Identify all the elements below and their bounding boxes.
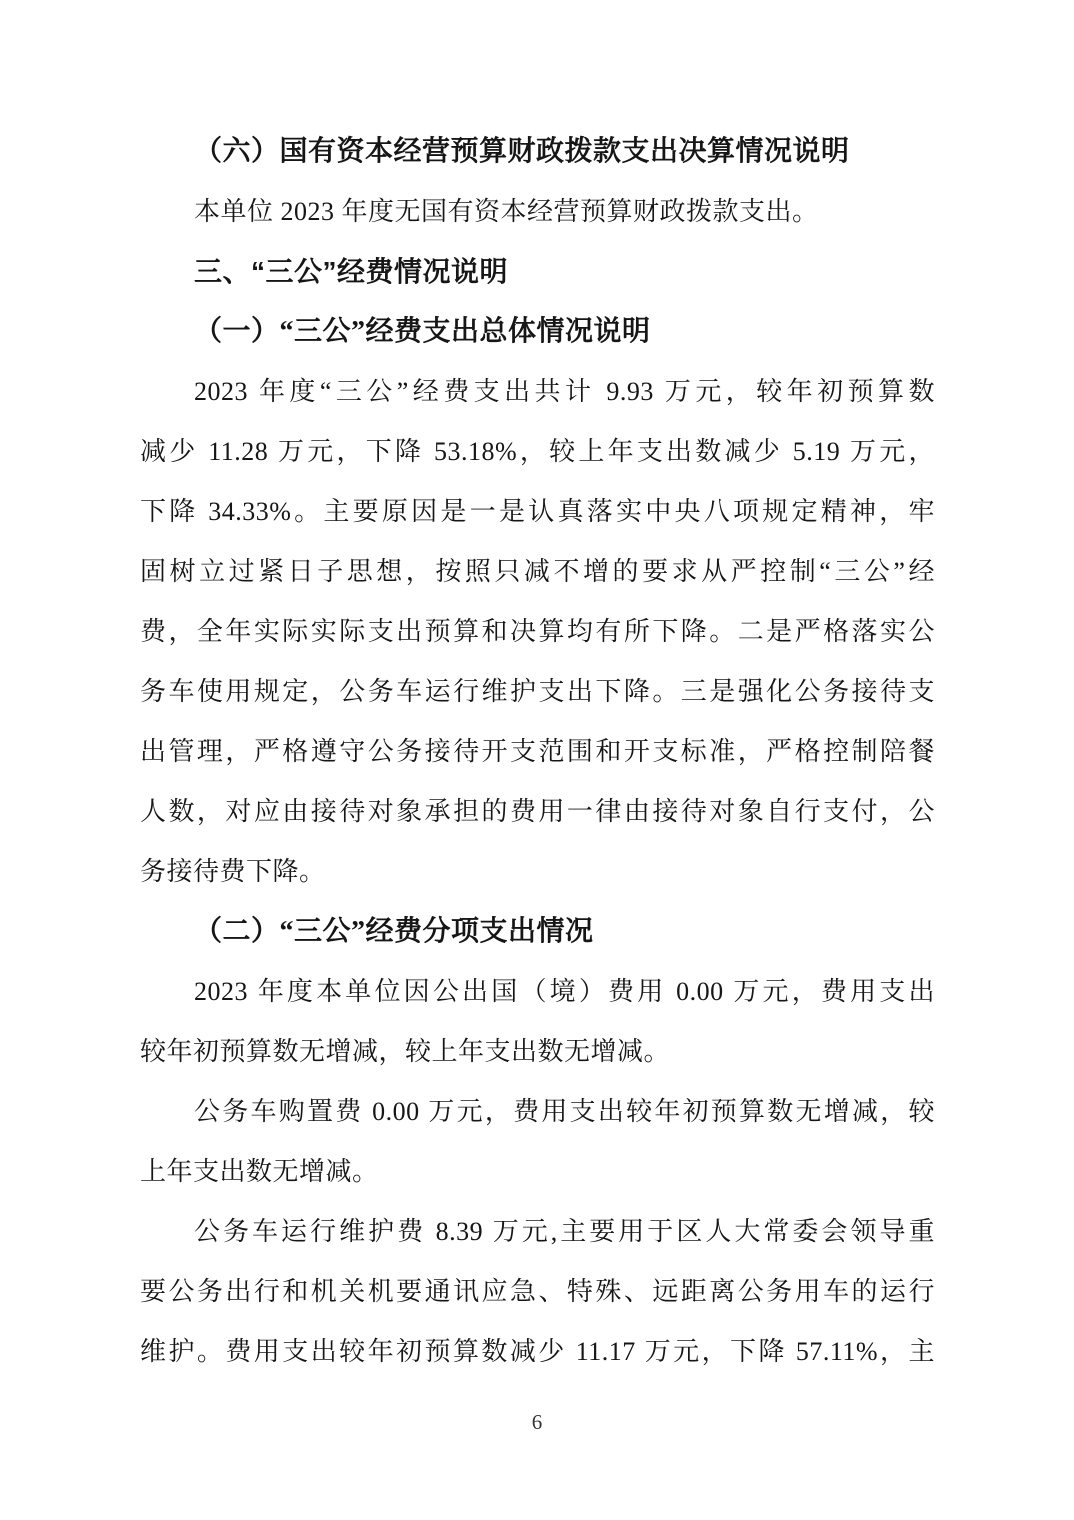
paragraph-line: 务接待费下降。 [140,842,935,902]
paragraph-line: 公务车运行维护费 8.39 万元,主要用于区人大常委会领导重 [140,1202,935,1262]
section-heading-line: （二）“三公”经费分项支出情况 [140,902,935,962]
paragraph-line: 固树立过紧日子思想，按照只减不增的要求从严控制“三公”经 [140,542,935,602]
paragraph-line: 减少 11.28 万元，下降 53.18%，较上年支出数减少 5.19 万元， [140,422,935,482]
paragraph-line: 2023 年度“三公”经费支出共计 9.93 万元，较年初预算数 [140,362,935,422]
paragraph-line: 2023 年度本单位因公出国（境）费用 0.00 万元，费用支出 [140,962,935,1022]
section-heading-line: 三、“三公”经费情况说明 [140,242,935,302]
paragraph-line: 较年初预算数无增减，较上年支出数无增减。 [140,1022,935,1082]
paragraph-line: 本单位 2023 年度无国有资本经营预算财政拨款支出。 [140,182,935,242]
section-heading-line: （一）“三公”经费支出总体情况说明 [140,302,935,362]
paragraph-line: 费，全年实际实际支出预算和决算均有所下降。二是严格落实公 [140,602,935,662]
page-number: 6 [532,1410,543,1434]
document-page: （六）国有资本经营预算财政拨款支出决算情况说明本单位 2023 年度无国有资本经… [0,0,1074,1520]
document-content: （六）国有资本经营预算财政拨款支出决算情况说明本单位 2023 年度无国有资本经… [140,122,935,1382]
paragraph-line: 上年支出数无增减。 [140,1142,935,1202]
paragraph-line: 人数，对应由接待对象承担的费用一律由接待对象自行支付，公 [140,782,935,842]
paragraph-line: 维护。费用支出较年初预算数减少 11.17 万元，下降 57.11%，主 [140,1322,935,1382]
paragraph-line: 公务车购置费 0.00 万元，费用支出较年初预算数无增减，较 [140,1082,935,1142]
paragraph-line: 出管理，严格遵守公务接待开支范围和开支标准，严格控制陪餐 [140,722,935,782]
page-footer: 6 [0,1406,1074,1438]
section-heading-line: （六）国有资本经营预算财政拨款支出决算情况说明 [140,122,935,182]
paragraph-line: 务车使用规定，公务车运行维护支出下降。三是强化公务接待支 [140,662,935,722]
paragraph-line: 下降 34.33%。主要原因是一是认真落实中央八项规定精神，牢 [140,482,935,542]
paragraph-line: 要公务出行和机关机要通讯应急、特殊、远距离公务用车的运行 [140,1262,935,1322]
